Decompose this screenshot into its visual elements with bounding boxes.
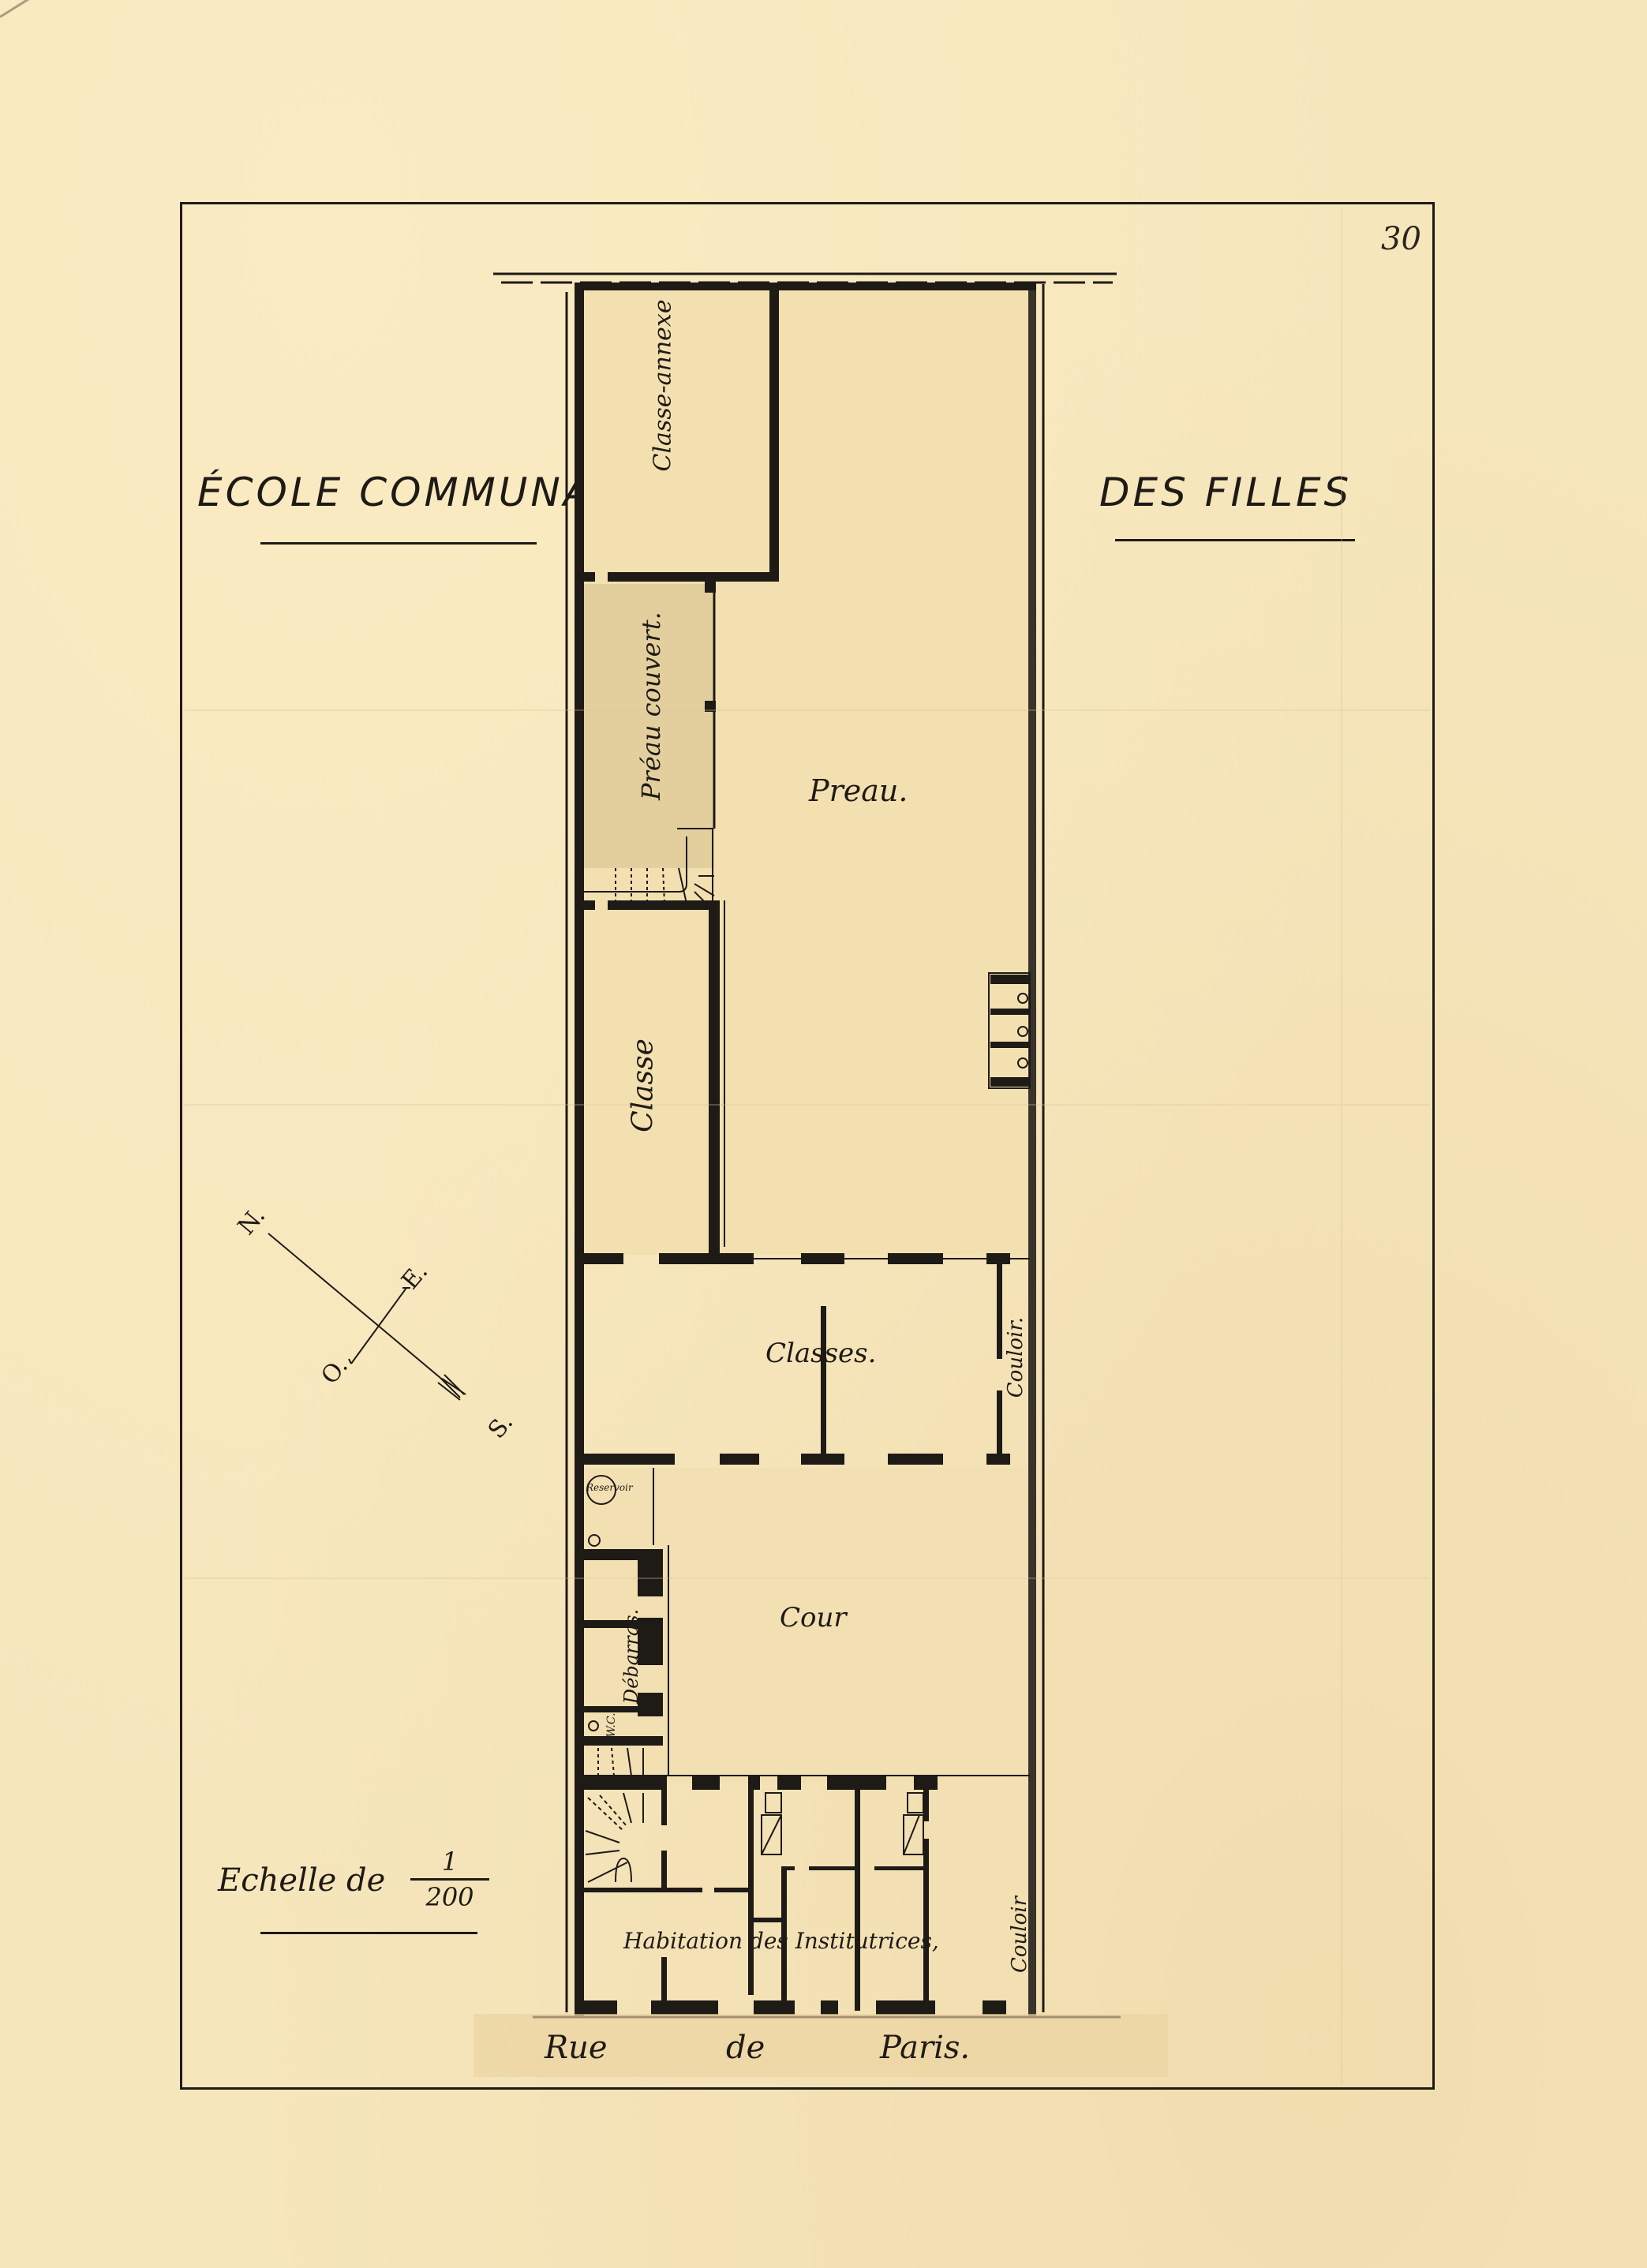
room-label-habitation: Habitation des Institutrices, — [623, 1928, 939, 1954]
room-label-classe-annexe: Classe-annexe — [649, 354, 677, 472]
room-label-cour: Cour — [780, 1602, 847, 1634]
scale-numerator: 1 — [410, 1847, 489, 1881]
scale-fraction: 1 200 — [410, 1847, 489, 1912]
room-label-wc: W.C. — [605, 1709, 618, 1741]
room-label-classe: Classe — [627, 1039, 660, 1133]
room-label-preau-couvert: Préau couvert. — [636, 658, 666, 800]
room-label-couloir-lower: Couloir — [1008, 1902, 1031, 1973]
room-label-couloir-upper: Couloir. — [1004, 1314, 1028, 1401]
room-label-classes: Classes. — [765, 1338, 876, 1369]
scale-underline — [260, 1932, 477, 1934]
room-label-reservoir: Reservoir — [586, 1482, 633, 1493]
room-label-preau: Preau. — [809, 773, 908, 808]
scale-denominator: 200 — [410, 1881, 489, 1912]
compass-rose — [268, 1233, 466, 1400]
scale-label: Echelle de — [218, 1862, 385, 1899]
room-label-debarras: Débarras. — [620, 1605, 642, 1708]
street-word-de: de — [726, 2030, 765, 2066]
street-word-rue: Rue — [545, 2030, 608, 2066]
street-word-paris: Paris. — [880, 2030, 970, 2066]
